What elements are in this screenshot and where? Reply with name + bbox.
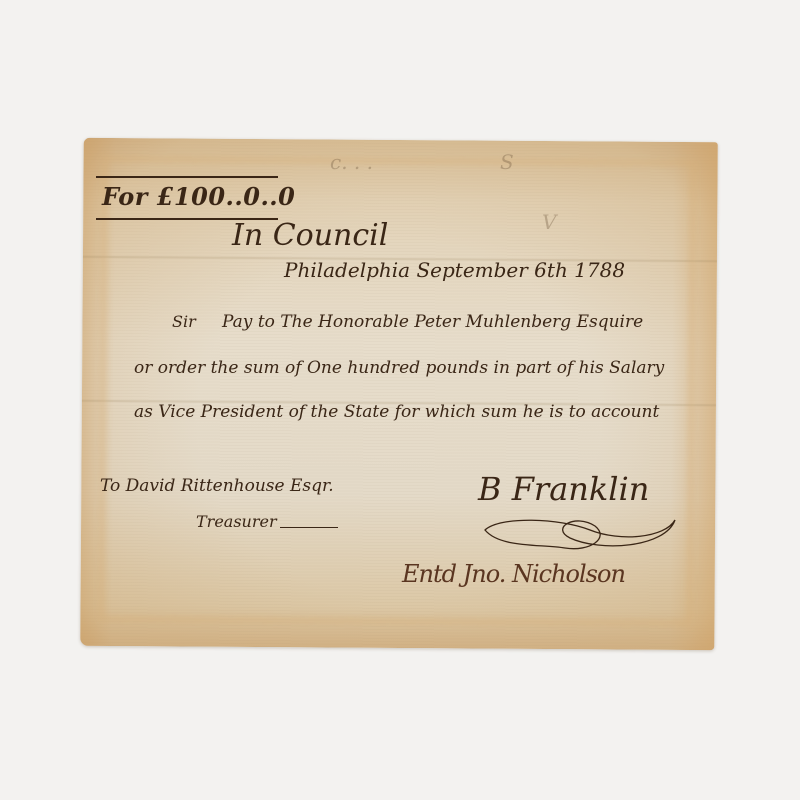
photo-stage: c. . . S V For £100..0..0 In Council Phi… — [0, 0, 800, 800]
faint-bleed-through-mark: c. . . — [330, 150, 373, 174]
body-line-2: or order the sum of One hundred pounds i… — [134, 358, 664, 378]
salutation: Sir — [172, 312, 196, 331]
signature-flourish-icon — [480, 508, 680, 558]
document-heading: In Council — [232, 218, 388, 253]
faint-bleed-through-mark: S — [500, 150, 514, 174]
amount-text: For £100..0..0 — [102, 182, 295, 211]
endorsement-signature: Entd Jno. Nicholson — [402, 560, 625, 588]
dateline: Philadelphia September 6th 1788 — [284, 258, 625, 282]
addressee-title: Treasurer — [196, 512, 277, 531]
body-line-3: as Vice President of the State for which… — [134, 402, 659, 422]
faint-bleed-through-mark: V — [542, 210, 556, 234]
body-line-1: Pay to The Honorable Peter Muhlenberg Es… — [222, 312, 643, 332]
signature-franklin: B Franklin — [478, 470, 649, 508]
underline-rule — [280, 527, 338, 528]
addressee: To David Rittenhouse Esqr. — [100, 476, 334, 496]
